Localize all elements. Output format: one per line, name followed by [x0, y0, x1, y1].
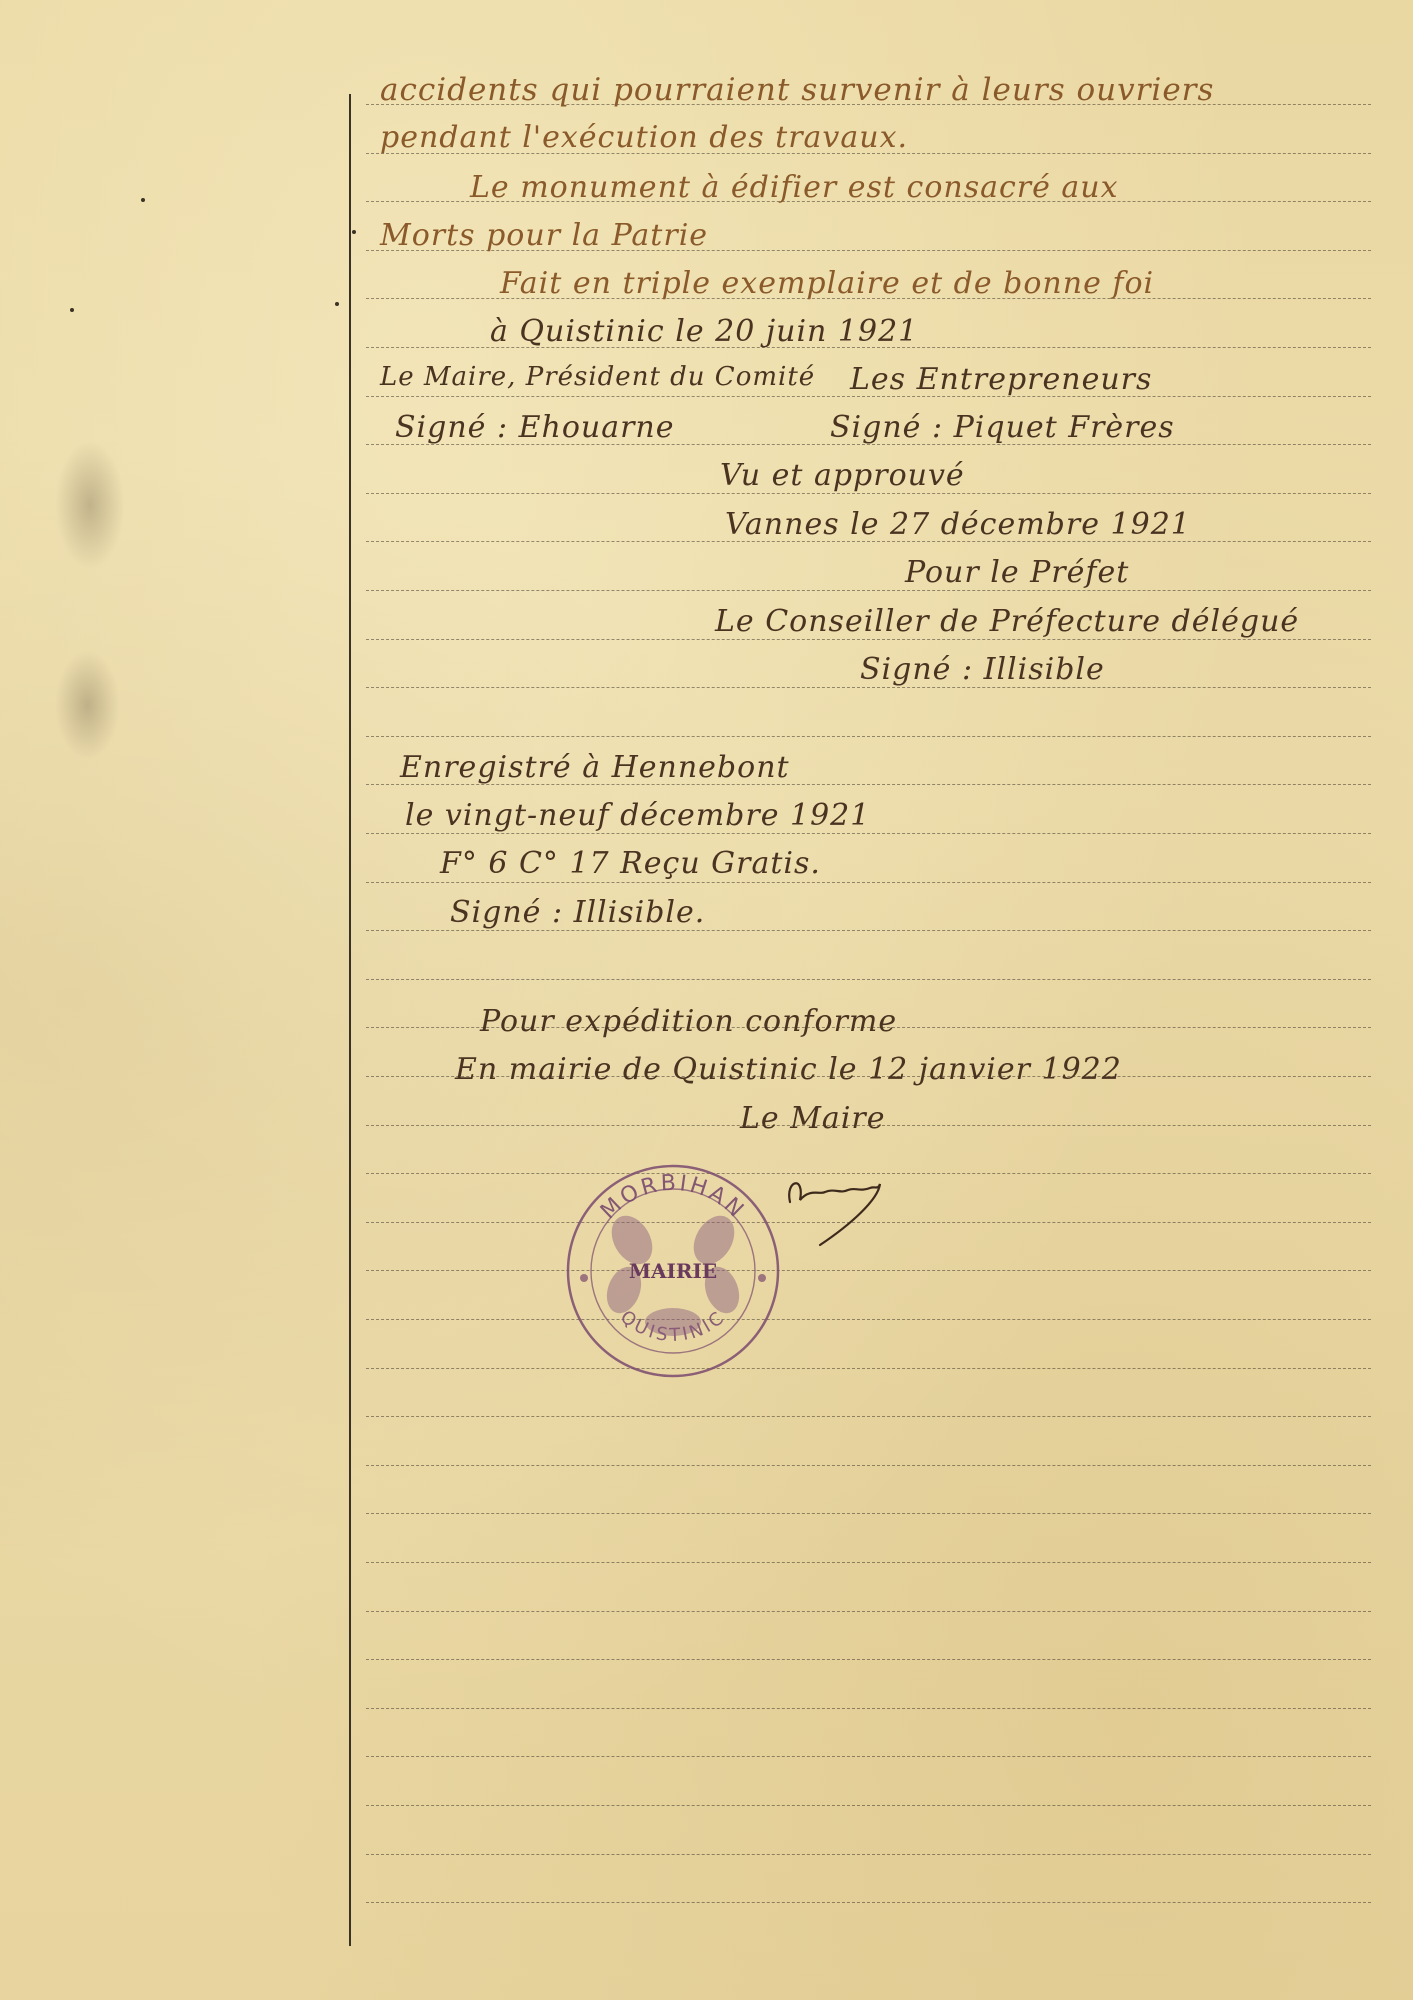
- ruled-line: [366, 1756, 1371, 1757]
- ruled-line: [366, 1319, 1371, 1320]
- ruled-line: [366, 1513, 1371, 1514]
- paper-speck: [70, 308, 74, 312]
- ruled-line: [366, 1902, 1371, 1903]
- text-line-8b: Signé : Piquet Frères: [830, 410, 1175, 445]
- ruled-line: [366, 1708, 1371, 1709]
- margin-rule: [349, 94, 351, 1946]
- ruled-line: [366, 930, 1371, 931]
- ruled-line: [366, 979, 1371, 980]
- text-line-16: F° 6 C° 17 Reçu Gratis.: [440, 846, 821, 881]
- ruled-line: [366, 736, 1371, 737]
- mairie-stamp-icon: MORBIHAN QUISTINIC MAIRIE: [562, 1160, 784, 1382]
- ruled-line: [366, 1805, 1371, 1806]
- stamp-center-text: MAIRIE: [629, 1259, 717, 1283]
- stamp-top-text: MORBIHAN: [596, 1171, 750, 1225]
- ruled-line: [366, 1562, 1371, 1563]
- text-line-17: Signé : Illisible.: [450, 895, 705, 930]
- text-line-2: pendant l'exécution des travaux.: [380, 120, 908, 155]
- text-line-12: Le Conseiller de Préfecture délégué: [715, 604, 1299, 639]
- text-line-1: accidents qui pourraient survenir à leur…: [380, 72, 1214, 108]
- text-line-14: Enregistré à Hennebont: [400, 750, 790, 785]
- ruled-line: [366, 1270, 1371, 1271]
- text-line-20: Le Maire: [740, 1101, 886, 1136]
- text-line-6: à Quistinic le 20 juin 1921: [490, 314, 918, 349]
- text-line-3: Le monument à édifier est consacré aux: [470, 170, 1119, 205]
- margin-smudge: [55, 650, 120, 760]
- ruled-line: [366, 833, 1371, 834]
- ruled-line: [366, 1659, 1371, 1660]
- ruled-line: [366, 1368, 1371, 1369]
- text-line-5: Fait en triple exemplaire et de bonne fo…: [500, 266, 1154, 301]
- mayor-signature-icon: [780, 1170, 900, 1250]
- paper-speck: [141, 198, 145, 202]
- ruled-line: [366, 1854, 1371, 1855]
- text-line-18: Pour expédition conforme: [480, 1004, 897, 1039]
- svg-text:MORBIHAN: MORBIHAN: [596, 1171, 750, 1225]
- text-line-8a: Signé : Ehouarne: [395, 410, 675, 445]
- text-line-4: Morts pour la Patrie: [380, 218, 708, 253]
- text-line-7a: Le Maire, Président du Comité: [380, 362, 815, 392]
- paper-speck: [352, 230, 356, 234]
- text-line-7b: Les Entrepreneurs: [850, 362, 1152, 397]
- text-line-11: Pour le Préfet: [905, 555, 1129, 590]
- text-line-19: En mairie de Quistinic le 12 janvier 192…: [455, 1052, 1122, 1087]
- text-line-9: Vu et approuvé: [720, 458, 965, 493]
- text-line-10: Vannes le 27 décembre 1921: [725, 507, 1191, 542]
- ruled-line: [366, 1416, 1371, 1417]
- margin-smudge: [55, 440, 125, 570]
- ruled-line: [366, 687, 1371, 688]
- text-line-15: le vingt-neuf décembre 1921: [405, 798, 870, 833]
- ruled-line: [366, 1611, 1371, 1612]
- ruled-line: [366, 882, 1371, 883]
- ruled-line: [366, 590, 1371, 591]
- paper-speck: [335, 302, 339, 306]
- ruled-line: [366, 1465, 1371, 1466]
- text-line-13: Signé : Illisible: [860, 652, 1105, 687]
